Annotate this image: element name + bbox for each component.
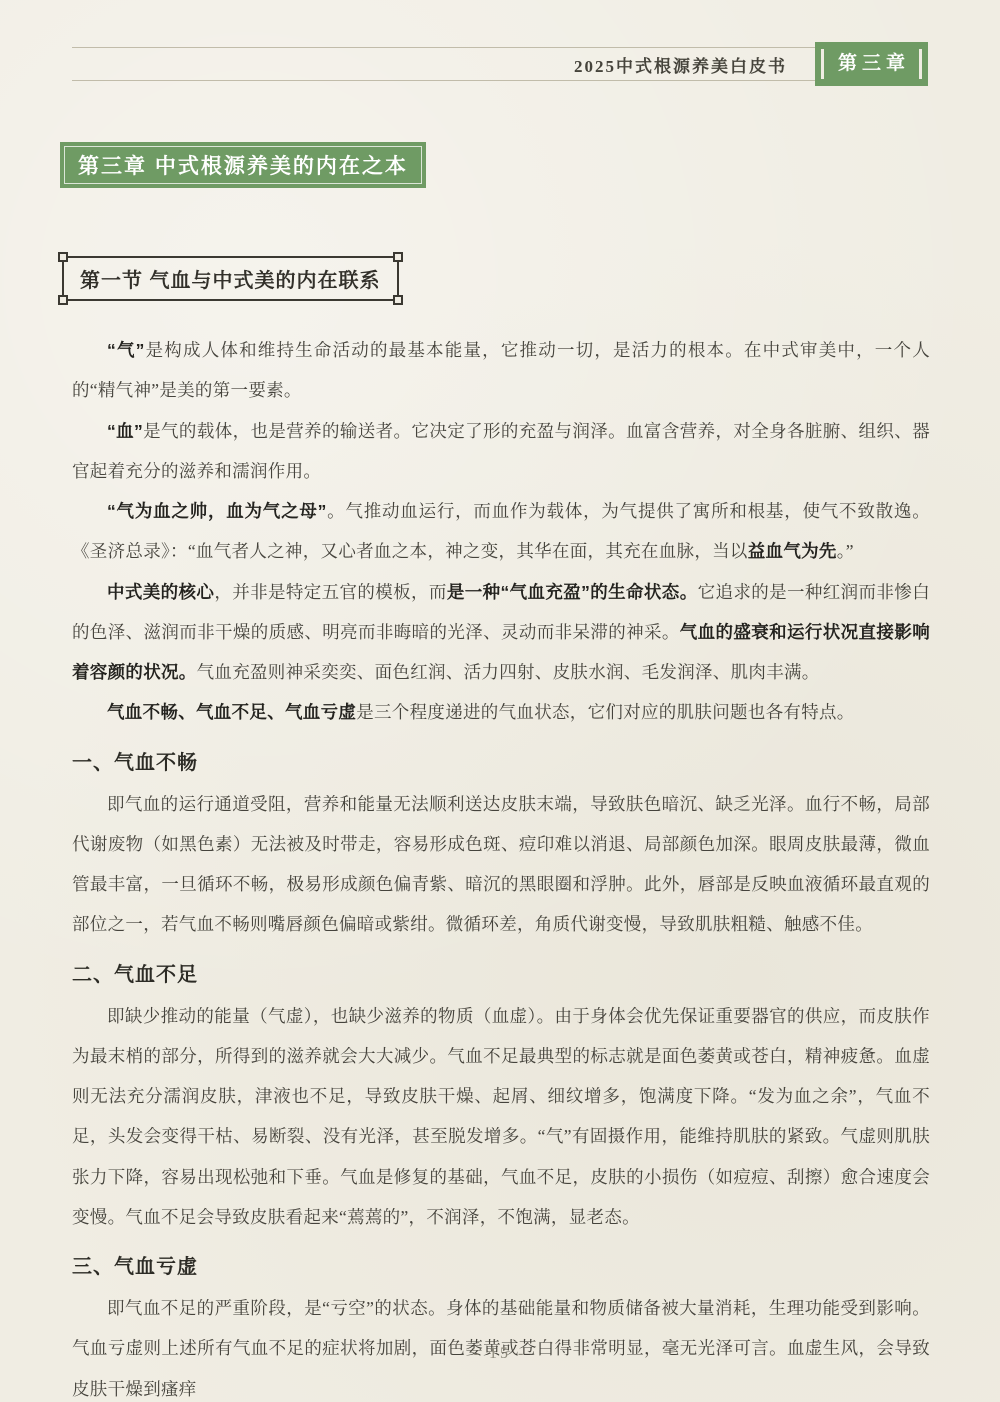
plaque-corner-ornament — [58, 252, 68, 262]
content-blocks: “气”是构成人体和维持生命活动的最基本能量，它推动一切，是活力的根本。在中式审美… — [72, 330, 930, 1402]
paragraph-text: 是气的载体，也是营养的输送者。它决定了形的充盈与润泽。血富含营养，对全身各脏腑、… — [72, 421, 930, 481]
paragraph: “气”是构成人体和维持生命活动的最基本能量，它推动一切，是活力的根本。在中式审美… — [72, 330, 930, 411]
plaque-corner-ornament — [393, 295, 403, 305]
paragraph-emphasis: 益血气为先 — [748, 541, 837, 561]
paragraph-emphasis: “血” — [107, 421, 143, 441]
paragraph-emphasis: “气为血之帅，血为气之母” — [107, 501, 327, 521]
section-title-wrap: 第一节 气血与中式美的内在联系 — [62, 256, 399, 301]
paragraph-text: 气血充盈则神采奕奕、面色红润、活力四射、皮肤水润、毛发润泽、肌肉丰满。 — [197, 662, 820, 682]
chapter-badge: 第三章 — [815, 42, 928, 86]
section-title-plaque: 第一节 气血与中式美的内在联系 — [62, 256, 399, 301]
paragraph: 即缺少推动的能量（气虚），也缺少滋养的物质（血虚）。由于身体会优先保证重要器官的… — [72, 996, 930, 1238]
paragraph: “气为血之帅，血为气之母”。气推动血运行，而血作为载体，为气提供了寓所和根基，使… — [72, 491, 930, 572]
plaque-corner-ornament — [58, 295, 68, 305]
paragraph-text: 是三个程度递进的气血状态，它们对应的肌肤问题也各有特点。 — [356, 702, 854, 722]
paragraph-text: ，并非是特定五官的模板，而 — [214, 582, 447, 602]
paragraph: 气血不畅、气血不足、气血亏虚是三个程度递进的气血状态，它们对应的肌肤问题也各有特… — [72, 692, 930, 732]
paragraph-text: 是构成人体和维持生命活动的最基本能量，它推动一切，是活力的根本。在中式审美中，一… — [72, 340, 930, 400]
chapter-title-wrap: 第三章 中式根源养美的内在之本 — [60, 142, 426, 188]
section-title-text: 第一节 气血与中式美的内在联系 — [80, 270, 381, 292]
paragraph: 即气血的运行通道受阻，营养和能量无法顺利送达皮肤末端，导致肤色暗沉、缺乏光泽。血… — [72, 784, 930, 945]
paragraph: “血”是气的载体，也是营养的输送者。它决定了形的充盈与润泽。血富含营养，对全身各… — [72, 411, 930, 492]
sub-heading: 二、气血不足 — [72, 958, 930, 987]
page-header: 2025中式根源养美白皮书 第三章 — [72, 47, 928, 81]
paragraph-text: 即气血的运行通道受阻，营养和能量无法顺利送达皮肤末端，导致肤色暗沉、缺乏光泽。血… — [72, 794, 930, 935]
paragraph-text: 。” — [837, 541, 854, 561]
sub-heading: 三、气血亏虚 — [72, 1250, 930, 1279]
paragraph-emphasis: 是一种“气血充盈”的生命状态。 — [447, 582, 698, 602]
sub-heading: 一、气血不畅 — [72, 746, 930, 775]
paragraph-emphasis: 中式美的核心 — [107, 582, 214, 602]
paragraph-emphasis: 气血不畅、气血不足、气血亏虚 — [107, 702, 356, 722]
plaque-corner-ornament — [393, 252, 403, 262]
paragraph-emphasis: “气” — [107, 340, 145, 360]
header-document-title: 2025中式根源养美白皮书 — [574, 52, 787, 77]
paragraph-text: 即缺少推动的能量（气虚），也缺少滋养的物质（血虚）。由于身体会优先保证重要器官的… — [72, 1006, 930, 1227]
document-page: 2025中式根源养美白皮书 第三章 第三章 中式根源养美的内在之本 第一节 气血… — [0, 0, 1000, 1402]
chapter-title-banner: 第三章 中式根源养美的内在之本 — [60, 142, 426, 188]
page-number: - 15 - — [0, 1345, 1000, 1363]
paragraph: 中式美的核心，并非是特定五官的模板，而是一种“气血充盈”的生命状态。它追求的是一… — [72, 572, 930, 693]
